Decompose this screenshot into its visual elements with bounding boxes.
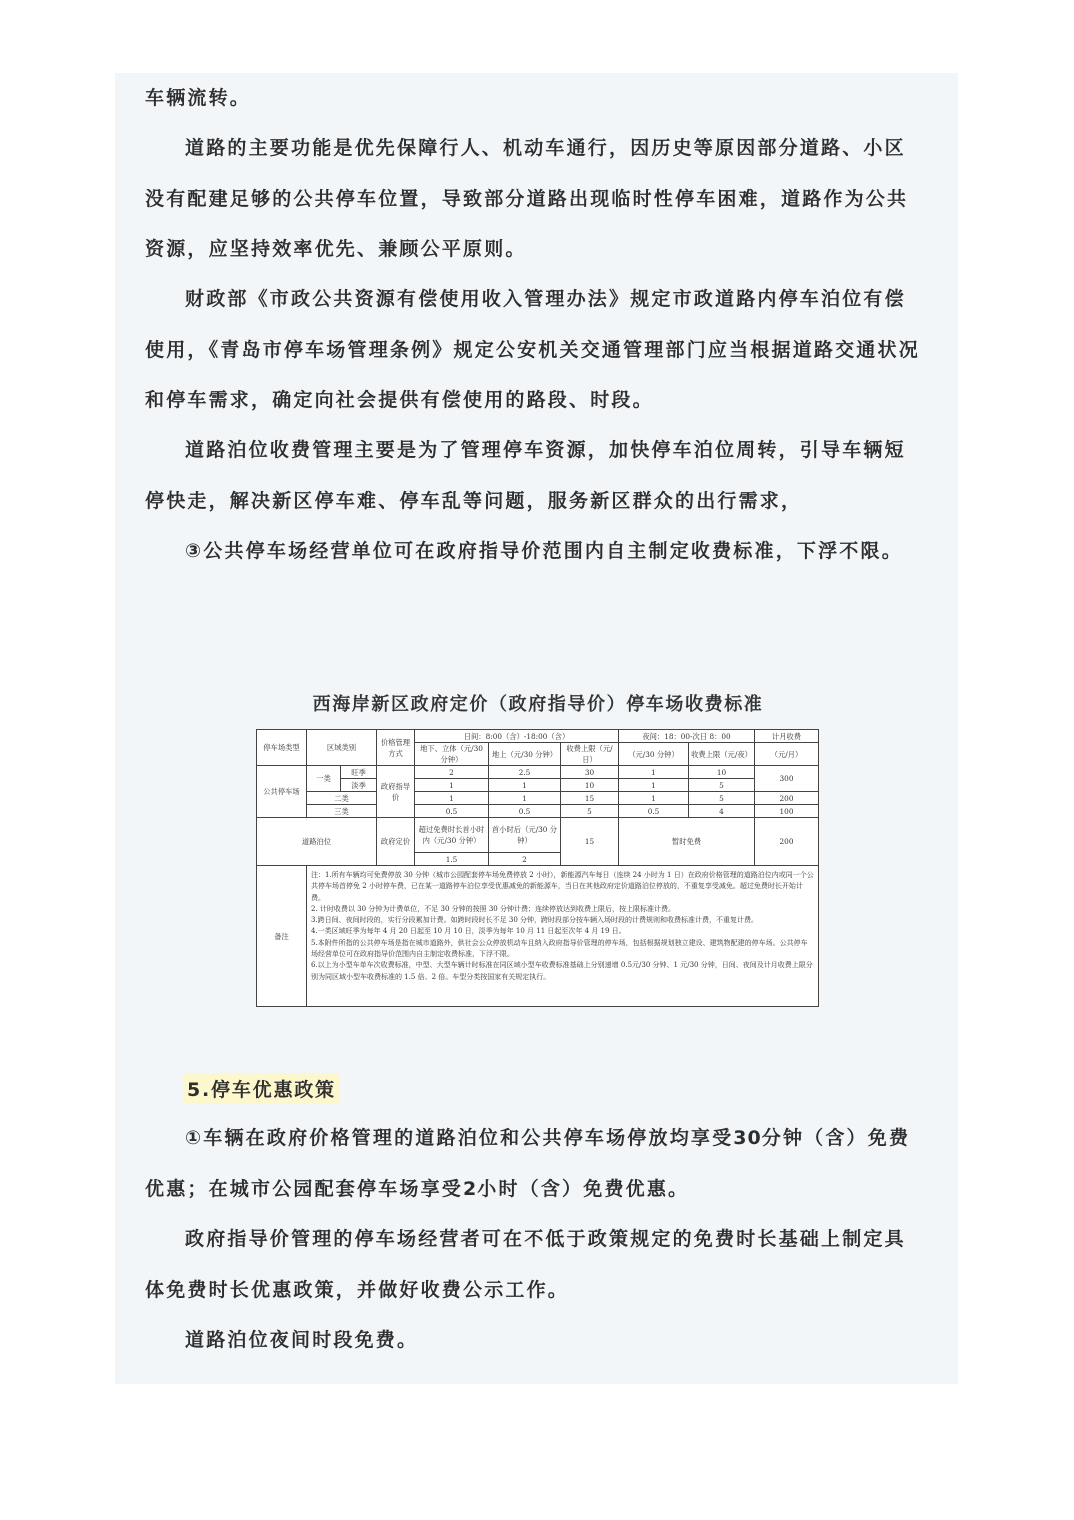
header-lot-type: 停车场类型 bbox=[257, 730, 307, 766]
cell-value: 1 bbox=[619, 766, 689, 779]
header-monthly: 计月收费 bbox=[755, 730, 819, 743]
cell-value: 1 bbox=[489, 779, 561, 792]
cell-road-day-cap: 15 bbox=[561, 818, 619, 866]
paragraph-pricing-freedom: ③公共停车场经营单位可在政府指导价范围内自主制定收费标准，下浮不限。 bbox=[145, 526, 925, 577]
header-day-cap: 收费上限（元/日） bbox=[561, 743, 619, 766]
paragraph-purpose: 道路泊位收费管理主要是为了管理停车资源，加快停车泊位周转，引导车辆短停快走，解决… bbox=[145, 425, 925, 526]
paragraph-night-free: 道路泊位夜间时段免费。 bbox=[145, 1315, 925, 1366]
paragraph-road-function: 道路的主要功能是优先保障行人、机动车通行，因历史等原因部分道路、小区没有配建足够… bbox=[145, 123, 925, 275]
cell-value: 300 bbox=[755, 766, 819, 792]
paragraph-regulation: 财政部《市政公共资源有偿使用收入管理办法》规定市政道路内停车泊位有偿使用，《青岛… bbox=[145, 274, 925, 426]
cell-value: 0.5 bbox=[415, 805, 489, 818]
note-4: 4.一类区域旺季为每年 4 月 20 日起至 10 月 10 日，淡季为每年 1… bbox=[311, 926, 814, 937]
cell-value: 4 bbox=[689, 805, 755, 818]
note-2: 2. 计时收费以 30 分钟为计费单位，不足 30 分钟的按照 30 分钟计费；… bbox=[311, 904, 814, 915]
table-row: 公共停车场 一类 旺季 政府指导价 2 2.5 30 1 10 300 bbox=[257, 766, 819, 779]
fee-standard-table-image: 停车场类型 区域类别 价格管理方式 日间：8:00（含）-18:00（含） 夜间… bbox=[256, 729, 818, 1007]
cell-value: 1 bbox=[415, 792, 489, 805]
cell-value: 200 bbox=[755, 792, 819, 805]
cell-value: 10 bbox=[689, 766, 755, 779]
cell-value: 1 bbox=[489, 792, 561, 805]
cell-value: 1.5 bbox=[415, 853, 489, 866]
header-pricing-method: 价格管理方式 bbox=[377, 730, 415, 766]
table-title: 西海岸新区政府定价（政府指导价）停车场收费标准 bbox=[283, 690, 793, 716]
table-row: 三类 0.5 0.5 5 0.5 4 100 bbox=[257, 805, 819, 818]
note-3: 3.跨日间、夜间时段的，实行分段累加计费。如跨时段时长不足 30 分钟，跨时段部… bbox=[311, 915, 814, 926]
header-day-ground: 地上（元/30 分钟） bbox=[489, 743, 561, 766]
table-row: 淡季 1 1 10 1 5 bbox=[257, 779, 819, 792]
table-row-road: 道路泊位 政府定价 超过免费时长首小时内（元/30 分钟） 首小时后（元/30 … bbox=[257, 818, 819, 853]
cell-value: 2.5 bbox=[489, 766, 561, 779]
header-zone: 区域类别 bbox=[307, 730, 377, 766]
note-6: 6.以上为小型车单车次收费标准，中型、大型车辆计时标准在同区域小型车收费标准基础… bbox=[311, 960, 814, 983]
article-card: 车辆流转。 道路的主要功能是优先保障行人、机动车通行，因历史等原因部分道路、小区… bbox=[115, 73, 958, 1384]
cell-value: 1 bbox=[415, 779, 489, 792]
cell-value: 2 bbox=[489, 853, 561, 866]
cell-value: 1 bbox=[619, 792, 689, 805]
cell-value: 5 bbox=[561, 805, 619, 818]
paragraph-intro: 车辆流转。 bbox=[145, 73, 925, 124]
cell-value: 5 bbox=[689, 779, 755, 792]
table-header-row-1: 停车场类型 区域类别 价格管理方式 日间：8:00（含）-18:00（含） 夜间… bbox=[257, 730, 819, 743]
cell-road-night: 暂时免费 bbox=[619, 818, 755, 866]
table-row-notes: 备注 注：1.所有车辆均可免费停放 30 分钟（城市公园配套停车场免费停放 2 … bbox=[257, 866, 819, 1007]
cell-value: 10 bbox=[561, 779, 619, 792]
section-heading: 5.停车优惠政策 bbox=[183, 1073, 340, 1104]
cell-after-hour-header: 首小时后（元/30 分钟） bbox=[489, 818, 561, 853]
paragraph-operator-policy: 政府指导价管理的停车场经营者可在不低于政策规定的免费时长基础上制定具体免费时长优… bbox=[145, 1214, 925, 1315]
note-5: 5.本附件所指的公共停车场是指在城市道路外，供社会公众停放机动车且纳入政府指导价… bbox=[311, 938, 814, 961]
header-day-period: 日间：8:00（含）-18:00（含） bbox=[415, 730, 619, 743]
cell-road-parking: 道路泊位 bbox=[257, 818, 377, 866]
header-night-period: 夜间：18：00-次日 8：00 bbox=[619, 730, 755, 743]
cell-public-lot: 公共停车场 bbox=[257, 766, 307, 818]
cell-zone: 二类 bbox=[307, 792, 377, 805]
cell-value: 15 bbox=[561, 792, 619, 805]
cell-zone: 淡季 bbox=[341, 779, 377, 792]
cell-first-hour-header: 超过免费时长首小时内（元/30 分钟） bbox=[415, 818, 489, 853]
cell-pricing-fixed: 政府定价 bbox=[377, 818, 415, 866]
cell-value: 0.5 bbox=[489, 805, 561, 818]
fee-standard-table: 停车场类型 区域类别 价格管理方式 日间：8:00（含）-18:00（含） 夜间… bbox=[256, 729, 819, 1007]
cell-notes-label: 备注 bbox=[257, 866, 307, 1007]
header-monthly-unit: （元/月） bbox=[755, 743, 819, 766]
paragraph-free-parking: ①车辆在政府价格管理的道路泊位和公共停车场停放均享受30分钟（含）免费优惠；在城… bbox=[145, 1113, 925, 1214]
cell-value: 2 bbox=[415, 766, 489, 779]
cell-road-monthly: 200 bbox=[755, 818, 819, 866]
cell-zone: 旺季 bbox=[341, 766, 377, 779]
header-night-cap: 收费上限（元/夜） bbox=[689, 743, 755, 766]
cell-value: 30 bbox=[561, 766, 619, 779]
header-night-rate: （元/30 分钟） bbox=[619, 743, 689, 766]
cell-notes: 注：1.所有车辆均可免费停放 30 分钟（城市公园配套停车场免费停放 2 小时）… bbox=[307, 866, 819, 1007]
note-1: 注：1.所有车辆均可免费停放 30 分钟（城市公园配套停车场免费停放 2 小时）… bbox=[311, 870, 814, 904]
cell-value: 100 bbox=[755, 805, 819, 818]
header-day-underground: 地下、立体（元/30 分钟） bbox=[415, 743, 489, 766]
cell-value: 5 bbox=[689, 792, 755, 805]
cell-pricing-guided: 政府指导价 bbox=[377, 766, 415, 818]
cell-value: 0.5 bbox=[619, 805, 689, 818]
cell-zone: 三类 bbox=[307, 805, 377, 818]
cell-zone-1: 一类 bbox=[307, 766, 341, 792]
table-row: 二类 1 1 15 1 5 200 bbox=[257, 792, 819, 805]
cell-value: 1 bbox=[619, 779, 689, 792]
